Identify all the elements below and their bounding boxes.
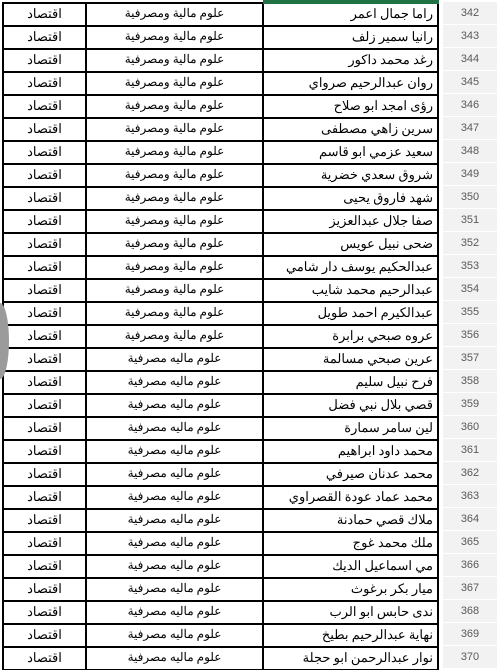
major-cell[interactable]: علوم ماليه مصرفية — [85, 441, 262, 462]
row-number[interactable]: 359 — [443, 393, 497, 416]
table-row: اقتصادعلوم مالية ومصرفيةعبدالرحيم محمد ش… — [2, 280, 439, 303]
row-header-strip: 3423433443453463473483493503513523533543… — [443, 2, 497, 669]
table-row: اقتصادعلوم مالية ومصرفيةراما جمال اعمر — [2, 4, 439, 27]
table-row: اقتصادعلوم ماليه مصرفيةمي اسماعيل الديك — [2, 556, 439, 579]
department-cell[interactable]: اقتصاد — [2, 280, 85, 301]
student-name-cell[interactable]: شروق سعدي خضرية — [262, 165, 439, 186]
table-row: اقتصادعلوم مالية ومصرفيةرغد محمد داكور — [2, 50, 439, 73]
table-row: اقتصادعلوم ماليه مصرفيةمحمد عماد عودة ال… — [2, 487, 439, 510]
major-cell[interactable]: علوم ماليه مصرفية — [85, 602, 262, 623]
table-row: اقتصادعلوم ماليه مصرفيةندى حابس ابو الرب — [2, 602, 439, 625]
department-cell[interactable]: اقتصاد — [2, 602, 85, 623]
table-row: اقتصادعلوم مالية ومصرفيةروان عبدالرحيم ص… — [2, 73, 439, 96]
major-cell[interactable]: علوم مالية ومصرفية — [85, 188, 262, 209]
department-cell[interactable]: اقتصاد — [2, 464, 85, 485]
row-number[interactable]: 368 — [443, 600, 497, 623]
major-cell[interactable]: علوم ماليه مصرفية — [85, 487, 262, 508]
department-cell[interactable]: اقتصاد — [2, 349, 85, 370]
student-name-cell[interactable]: عبدالحكيم يوسف دار شامي — [262, 257, 439, 278]
major-cell[interactable]: علوم ماليه مصرفية — [85, 349, 262, 370]
department-cell[interactable]: اقتصاد — [2, 510, 85, 531]
major-cell[interactable]: علوم مالية ومصرفية — [85, 73, 262, 94]
student-name-cell[interactable]: نهاية عبدالرحيم بطيخ — [262, 625, 439, 646]
major-cell[interactable]: علوم ماليه مصرفية — [85, 579, 262, 600]
table-row: اقتصادعلوم مالية ومصرفيةشهد فاروق يحيى — [2, 188, 439, 211]
row-number[interactable]: 343 — [443, 25, 497, 48]
department-cell[interactable]: اقتصاد — [2, 326, 85, 347]
table-row: اقتصادعلوم مالية ومصرفيةرانيا سمير زلف — [2, 27, 439, 50]
row-number[interactable]: 345 — [443, 71, 497, 94]
department-cell[interactable]: اقتصاد — [2, 96, 85, 117]
student-name-cell[interactable]: لين سامر سمارة — [262, 418, 439, 439]
student-name-cell[interactable]: شهد فاروق يحيى — [262, 188, 439, 209]
department-cell[interactable]: اقتصاد — [2, 4, 85, 25]
table-row: اقتصادعلوم مالية ومصرفيةعروه صبحي برابرة — [2, 326, 439, 349]
major-cell[interactable]: علوم مالية ومصرفية — [85, 234, 262, 255]
major-cell[interactable]: علوم مالية ومصرفية — [85, 96, 262, 117]
major-cell[interactable]: علوم ماليه مصرفية — [85, 556, 262, 577]
row-number[interactable]: 352 — [443, 232, 497, 255]
department-cell[interactable]: اقتصاد — [2, 625, 85, 646]
table-row: اقتصادعلوم مالية ومصرفيةسرين زاهي مصطفى — [2, 119, 439, 142]
department-cell[interactable]: اقتصاد — [2, 142, 85, 163]
row-number[interactable]: 344 — [443, 48, 497, 71]
table-row: اقتصادعلوم ماليه مصرفيةميار بكر برغوث — [2, 579, 439, 602]
student-name-cell[interactable]: روان عبدالرحيم صرواي — [262, 73, 439, 94]
department-cell[interactable]: اقتصاد — [2, 50, 85, 71]
students-table: اقتصادعلوم مالية ومصرفيةراما جمال اعمراق… — [2, 2, 439, 670]
department-cell[interactable]: اقتصاد — [2, 303, 85, 324]
student-name-cell[interactable]: عبدالرحيم محمد شايب — [262, 280, 439, 301]
table-row: اقتصادعلوم مالية ومصرفيةسعيد عزمي ابو قا… — [2, 142, 439, 165]
major-cell[interactable]: علوم مالية ومصرفية — [85, 211, 262, 232]
row-number[interactable]: 364 — [443, 508, 497, 531]
student-name-cell[interactable]: عروه صبحي برابرة — [262, 326, 439, 347]
row-number[interactable]: 357 — [443, 347, 497, 370]
major-cell[interactable]: علوم مالية ومصرفية — [85, 119, 262, 140]
row-number[interactable]: 370 — [443, 646, 497, 669]
student-name-cell[interactable]: قصي بلال نبي فضل — [262, 395, 439, 416]
major-cell[interactable]: علوم مالية ومصرفية — [85, 257, 262, 278]
major-cell[interactable]: علوم ماليه مصرفية — [85, 395, 262, 416]
row-number[interactable]: 363 — [443, 485, 497, 508]
student-name-cell[interactable]: ملاك قصي حمادنة — [262, 510, 439, 531]
row-number[interactable]: 347 — [443, 117, 497, 140]
major-cell[interactable]: علوم مالية ومصرفية — [85, 50, 262, 71]
major-cell[interactable]: علوم مالية ومصرفية — [85, 303, 262, 324]
table-row: اقتصادعلوم مالية ومصرفيةعبدالحكيم يوسف د… — [2, 257, 439, 280]
student-name-cell[interactable]: راما جمال اعمر — [262, 4, 439, 25]
student-name-cell[interactable]: نوار عبدالرحمن ابو حجلة — [262, 648, 439, 669]
department-cell[interactable]: اقتصاد — [2, 119, 85, 140]
student-name-cell[interactable]: ندى حابس ابو الرب — [262, 602, 439, 623]
student-name-cell[interactable]: فرح نبيل سليم — [262, 372, 439, 393]
major-cell[interactable]: علوم ماليه مصرفية — [85, 533, 262, 554]
major-cell[interactable]: علوم ماليه مصرفية — [85, 372, 262, 393]
student-name-cell[interactable]: صفا جلال عبدالعزيز — [262, 211, 439, 232]
department-cell[interactable]: اقتصاد — [2, 533, 85, 554]
row-number[interactable]: 355 — [443, 301, 497, 324]
department-cell[interactable]: اقتصاد — [2, 372, 85, 393]
spreadsheet-screenshot: اقتصادعلوم مالية ومصرفيةراما جمال اعمراق… — [0, 0, 497, 670]
major-cell[interactable]: علوم مالية ومصرفية — [85, 165, 262, 186]
row-number[interactable]: 348 — [443, 140, 497, 163]
table-row: اقتصادعلوم ماليه مصرفيةملاك قصي حمادنة — [2, 510, 439, 533]
major-cell[interactable]: علوم مالية ومصرفية — [85, 280, 262, 301]
student-name-cell[interactable]: سعيد عزمي ابو قاسم — [262, 142, 439, 163]
table-row: اقتصادعلوم ماليه مصرفيةملك محمد غوج — [2, 533, 439, 556]
department-cell[interactable]: اقتصاد — [2, 487, 85, 508]
row-number[interactable]: 358 — [443, 370, 497, 393]
department-cell[interactable]: اقتصاد — [2, 648, 85, 669]
row-number[interactable]: 360 — [443, 416, 497, 439]
table-row: اقتصادعلوم مالية ومصرفيةصفا جلال عبدالعز… — [2, 211, 439, 234]
major-cell[interactable]: علوم مالية ومصرفية — [85, 142, 262, 163]
row-number[interactable]: 369 — [443, 623, 497, 646]
student-name-cell[interactable]: رانيا سمير زلف — [262, 27, 439, 48]
student-name-cell[interactable]: ملك محمد غوج — [262, 533, 439, 554]
row-number[interactable]: 365 — [443, 531, 497, 554]
row-number[interactable]: 349 — [443, 163, 497, 186]
table-row: اقتصادعلوم ماليه مصرفيةعرين صبحي مسالمة — [2, 349, 439, 372]
row-number[interactable]: 356 — [443, 324, 497, 347]
row-number[interactable]: 351 — [443, 209, 497, 232]
student-name-cell[interactable]: سرين زاهي مصطفى — [262, 119, 439, 140]
department-cell[interactable]: اقتصاد — [2, 188, 85, 209]
table-row: اقتصادعلوم مالية ومصرفيةضحى نبيل عويس — [2, 234, 439, 257]
major-cell[interactable]: علوم مالية ومصرفية — [85, 27, 262, 48]
major-cell[interactable]: علوم ماليه مصرفية — [85, 625, 262, 646]
row-number[interactable]: 362 — [443, 462, 497, 485]
table-row: اقتصادعلوم مالية ومصرفيةرؤى امجد ابو صلا… — [2, 96, 439, 119]
row-number[interactable]: 342 — [443, 2, 497, 25]
student-name-cell[interactable]: مي اسماعيل الديك — [262, 556, 439, 577]
row-number[interactable]: 354 — [443, 278, 497, 301]
row-number[interactable]: 361 — [443, 439, 497, 462]
major-cell[interactable]: علوم ماليه مصرفية — [85, 648, 262, 669]
major-cell[interactable]: علوم مالية ومصرفية — [85, 326, 262, 347]
department-cell[interactable]: اقتصاد — [2, 211, 85, 232]
department-cell[interactable]: اقتصاد — [2, 165, 85, 186]
major-cell[interactable]: علوم ماليه مصرفية — [85, 418, 262, 439]
department-cell[interactable]: اقتصاد — [2, 73, 85, 94]
table-row: اقتصادعلوم ماليه مصرفيةفرح نبيل سليم — [2, 372, 439, 395]
student-name-cell[interactable]: عرين صبحي مسالمة — [262, 349, 439, 370]
department-cell[interactable]: اقتصاد — [2, 441, 85, 462]
student-name-cell[interactable]: ميار بكر برغوث — [262, 579, 439, 600]
table-row: اقتصادعلوم ماليه مصرفيةمحمد داود ابراهيم — [2, 441, 439, 464]
student-name-cell[interactable]: رغد محمد داكور — [262, 50, 439, 71]
department-cell[interactable]: اقتصاد — [2, 579, 85, 600]
row-number[interactable]: 350 — [443, 186, 497, 209]
table-body: اقتصادعلوم مالية ومصرفيةراما جمال اعمراق… — [2, 4, 439, 670]
table-row: اقتصادعلوم ماليه مصرفيةلين سامر سمارة — [2, 418, 439, 441]
row-number[interactable]: 366 — [443, 554, 497, 577]
major-cell[interactable]: علوم مالية ومصرفية — [85, 4, 262, 25]
major-cell[interactable]: علوم ماليه مصرفية — [85, 464, 262, 485]
major-cell[interactable]: علوم ماليه مصرفية — [85, 510, 262, 531]
table-row: اقتصادعلوم ماليه مصرفيةنهاية عبدالرحيم ب… — [2, 625, 439, 648]
department-cell[interactable]: اقتصاد — [2, 27, 85, 48]
table-row: اقتصادعلوم مالية ومصرفيةعبدالكيرم احمد ط… — [2, 303, 439, 326]
department-cell[interactable]: اقتصاد — [2, 418, 85, 439]
table-row: اقتصادعلوم ماليه مصرفيةمحمد عدنان صيرفي — [2, 464, 439, 487]
row-number[interactable]: 367 — [443, 577, 497, 600]
table-row: اقتصادعلوم ماليه مصرفيةنوار عبدالرحمن اب… — [2, 648, 439, 670]
student-name-cell[interactable]: رؤى امجد ابو صلاح — [262, 96, 439, 117]
department-cell[interactable]: اقتصاد — [2, 556, 85, 577]
table-row: اقتصادعلوم مالية ومصرفيةشروق سعدي خضرية — [2, 165, 439, 188]
selection-edge-bar — [263, 0, 439, 4]
student-name-cell[interactable]: محمد داود ابراهيم — [262, 441, 439, 462]
student-name-cell[interactable]: محمد عماد عودة القصراوي — [262, 487, 439, 508]
student-name-cell[interactable]: عبدالكيرم احمد طويل — [262, 303, 439, 324]
row-number[interactable]: 353 — [443, 255, 497, 278]
row-number[interactable]: 346 — [443, 94, 497, 117]
student-name-cell[interactable]: محمد عدنان صيرفي — [262, 464, 439, 485]
student-name-cell[interactable]: ضحى نبيل عويس — [262, 234, 439, 255]
table-row: اقتصادعلوم ماليه مصرفيةقصي بلال نبي فضل — [2, 395, 439, 418]
department-cell[interactable]: اقتصاد — [2, 395, 85, 416]
department-cell[interactable]: اقتصاد — [2, 234, 85, 255]
department-cell[interactable]: اقتصاد — [2, 257, 85, 278]
